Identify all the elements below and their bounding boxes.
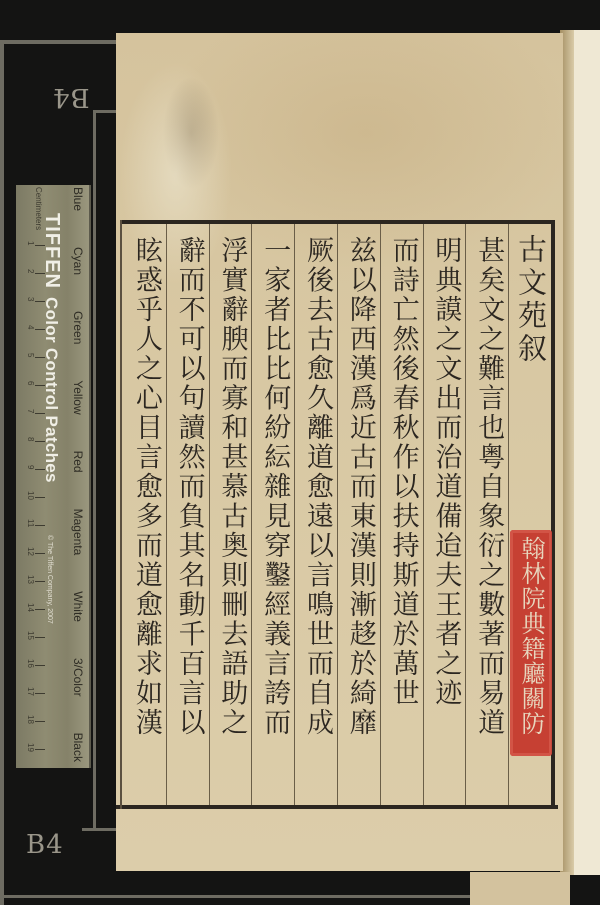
patch-label: Yellow [71, 380, 85, 414]
text-column: 辭而不可以句讀然而負其名動千百言以 [166, 224, 209, 805]
document-title: 古文苑叙 [509, 234, 551, 366]
color-control-strip: Blue Cyan Green Yellow Red Magenta White… [16, 185, 91, 768]
text-column: 兹以降西漢爲近古而東漢則漸趍於綺靡 [337, 224, 380, 805]
board-guide-top [0, 40, 118, 44]
frame-border-bottom [116, 805, 558, 809]
frame-border-left [120, 220, 122, 809]
patch-label: Green [71, 311, 85, 344]
ruler-unit-cm: Centimeters [34, 187, 43, 230]
seal-text: 翰林院典籍廳關防 [510, 536, 552, 736]
patch-label: White [71, 591, 85, 622]
board-guide-left [0, 40, 4, 905]
red-seal-stamp: 翰林院典籍廳關防 [510, 530, 552, 756]
ruler: Centimeters 1 2 3 4 5 6 7 8 9 10 11 12 1… [17, 185, 45, 768]
page-tail [470, 872, 570, 905]
patch-label: Blue [71, 187, 85, 211]
board-label-bottom: B4 [26, 830, 64, 860]
patch-label: Cyan [71, 247, 85, 275]
board-guide-inner-bottom [82, 828, 117, 831]
board-guide-inner-top [93, 110, 118, 113]
patch-label: 3/Color [71, 658, 85, 697]
text-column: 眩惑乎人之心目言愈多而道愈離求如漢 [124, 224, 166, 805]
text-column: 明典謨之文出而治道備迨夫王者之迹 [423, 224, 466, 805]
text-column: 一家者比比何紛紜雜見穿鑿經義言誇而 [251, 224, 294, 805]
strip-copyright: © The Tiffen Company, 2007 [46, 535, 53, 624]
board-guide-bottom [0, 895, 480, 898]
patch-labels: Blue Cyan Green Yellow Red Magenta White… [71, 187, 85, 762]
patch-label: Black [71, 733, 85, 762]
board-guide-inner-vert [93, 110, 96, 830]
printed-frame: 古文苑叙 甚矣文之難言也粤自象衍之數著而易道 明典謨之文出而治道備迨夫王者之迹 … [120, 220, 555, 809]
board-label-top: B4 [52, 82, 90, 112]
patch-label: Red [71, 451, 85, 473]
text-column: 而詩亡然後春秋作以扶持斯道於萬世 [380, 224, 423, 805]
text-column: 厥後去古愈久離道愈遠以言鳴世而自成 [294, 224, 337, 805]
text-column: 甚矣文之難言也粤自象衍之數著而易道 [465, 224, 508, 805]
text-columns: 古文苑叙 甚矣文之難言也粤自象衍之數著而易道 明典謨之文出而治道備迨夫王者之迹 … [124, 224, 551, 805]
text-column: 浮實辭腴而寡和甚慕古奥則刪去語助之 [209, 224, 252, 805]
patch-label: Magenta [71, 509, 85, 556]
